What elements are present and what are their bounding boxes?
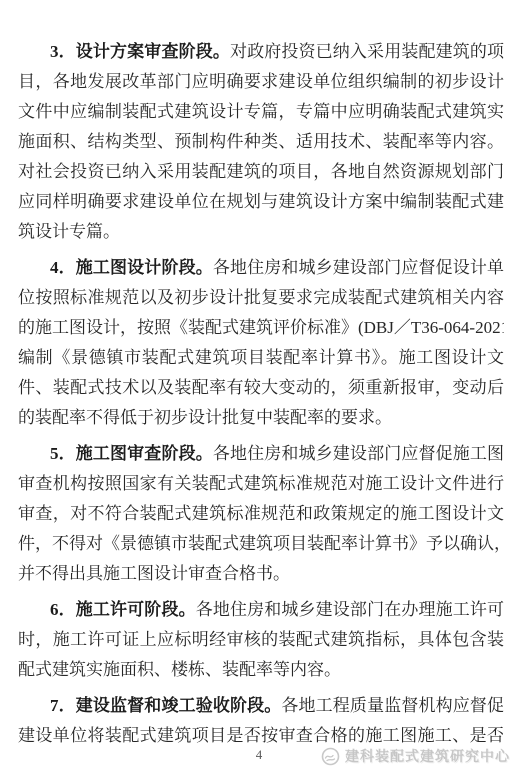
watermark-text: 建科装配式建筑研究中心 [345, 746, 510, 766]
paragraph: 6．施工许可阶段。各地住房和城乡建设部门在办理施工许可时，施工许可证上应标明经审… [18, 595, 504, 685]
text-line: 配式建筑实施面积、楼栋、装配率等内容。 [18, 655, 504, 685]
text-line: 的施工图设计，按照《装配式建筑评价标准》(DBJ／T36-064-2021) [18, 313, 504, 343]
text-line: 审查机构按照国家有关装配式建筑标准规范对施工设计文件进行 [18, 469, 504, 499]
text-line: 3．设计方案审查阶段。对政府投资已纳入采用装配建筑的项 [18, 37, 504, 67]
text-line: 并不得出具施工图设计审查合格书。 [18, 559, 504, 589]
text-line: 4．施工图设计阶段。各地住房和城乡建设部门应督促设计单 [18, 253, 504, 283]
text-line: 筑设计专篇。 [18, 217, 504, 247]
section-body-text: 各地住房和城乡建设部门应督促施工图 [213, 444, 504, 463]
text-line: 对社会投资已纳入采用装配建筑的项目，各地自然资源规划部门 [18, 157, 504, 187]
section-body-text: 各地住房和城乡建设部门应督促设计单 [213, 258, 504, 277]
text-line: 施面积、结构类型、预制构件种类、适用技术、装配率等内容。 [18, 127, 504, 157]
section-heading: 7．建设监督和竣工验收阶段。 [50, 696, 281, 715]
circle-logo-icon [321, 747, 340, 766]
text-line: 7．建设监督和竣工验收阶段。各地工程质量监督机构应督促 [18, 691, 504, 721]
section-body-text: 各地住房和城乡建设部门在办理施工许可 [196, 600, 504, 619]
section-body-text: 各地工程质量监督机构应督促 [281, 696, 504, 715]
section-heading: 3．设计方案审查阶段。 [50, 42, 230, 61]
section-heading: 4．施工图设计阶段。 [50, 258, 213, 277]
text-line: 6．施工许可阶段。各地住房和城乡建设部门在办理施工许可 [18, 595, 504, 625]
section-heading: 5．施工图审查阶段。 [50, 444, 213, 463]
document-page: 3．设计方案审查阶段。对政府投资已纳入采用装配建筑的项目，各地发展改革部门应明确… [0, 0, 518, 775]
text-line: 位按照标准规范以及初步设计批复要求完成装配式建筑相关内容 [18, 283, 504, 313]
text-line: 审查，对不符合装配式建筑标准规范和政策规定的施工图设计文 [18, 499, 504, 529]
text-line: 目，各地发展改革部门应明确要求建设单位组织编制的初步设计 [18, 67, 504, 97]
document-body: 3．设计方案审查阶段。对政府投资已纳入采用装配建筑的项目，各地发展改革部门应明确… [18, 37, 504, 757]
paragraph: 5．施工图审查阶段。各地住房和城乡建设部门应督促施工图审查机构按照国家有关装配式… [18, 439, 504, 589]
text-line: 件、装配式技术以及装配率有较大变动的，须重新报审，变动后 [18, 373, 504, 403]
paragraph: 7．建设监督和竣工验收阶段。各地工程质量监督机构应督促建设单位将装配式建筑项目是… [18, 691, 504, 751]
section-body-text: 对政府投资已纳入采用装配建筑的项 [230, 42, 504, 61]
text-line: 编制《景德镇市装配式建筑项目装配率计算书》。施工图设计文 [18, 343, 504, 373]
paragraph: 3．设计方案审查阶段。对政府投资已纳入采用装配建筑的项目，各地发展改革部门应明确… [18, 37, 504, 247]
text-line: 应同样明确要求建设单位在规划与建筑设计方案中编制装配式建 [18, 187, 504, 217]
text-line: 时，施工许可证上应标明经审核的装配式建筑指标，具体包含装 [18, 625, 504, 655]
watermark: 建科装配式建筑研究中心 [321, 746, 510, 766]
paragraph: 4．施工图设计阶段。各地住房和城乡建设部门应督促设计单位按照标准规范以及初步设计… [18, 253, 504, 433]
section-heading: 6．施工许可阶段。 [50, 600, 196, 619]
text-line: 文件中应编制装配式建筑设计专篇，专篇中应明确装配式建筑实 [18, 97, 504, 127]
text-line: 的装配率不得低于初步设计批复中装配率的要求。 [18, 403, 504, 433]
text-line: 件，不得对《景德镇市装配式建筑项目装配率计算书》予以确认， [18, 529, 504, 559]
text-line: 5．施工图审查阶段。各地住房和城乡建设部门应督促施工图 [18, 439, 504, 469]
